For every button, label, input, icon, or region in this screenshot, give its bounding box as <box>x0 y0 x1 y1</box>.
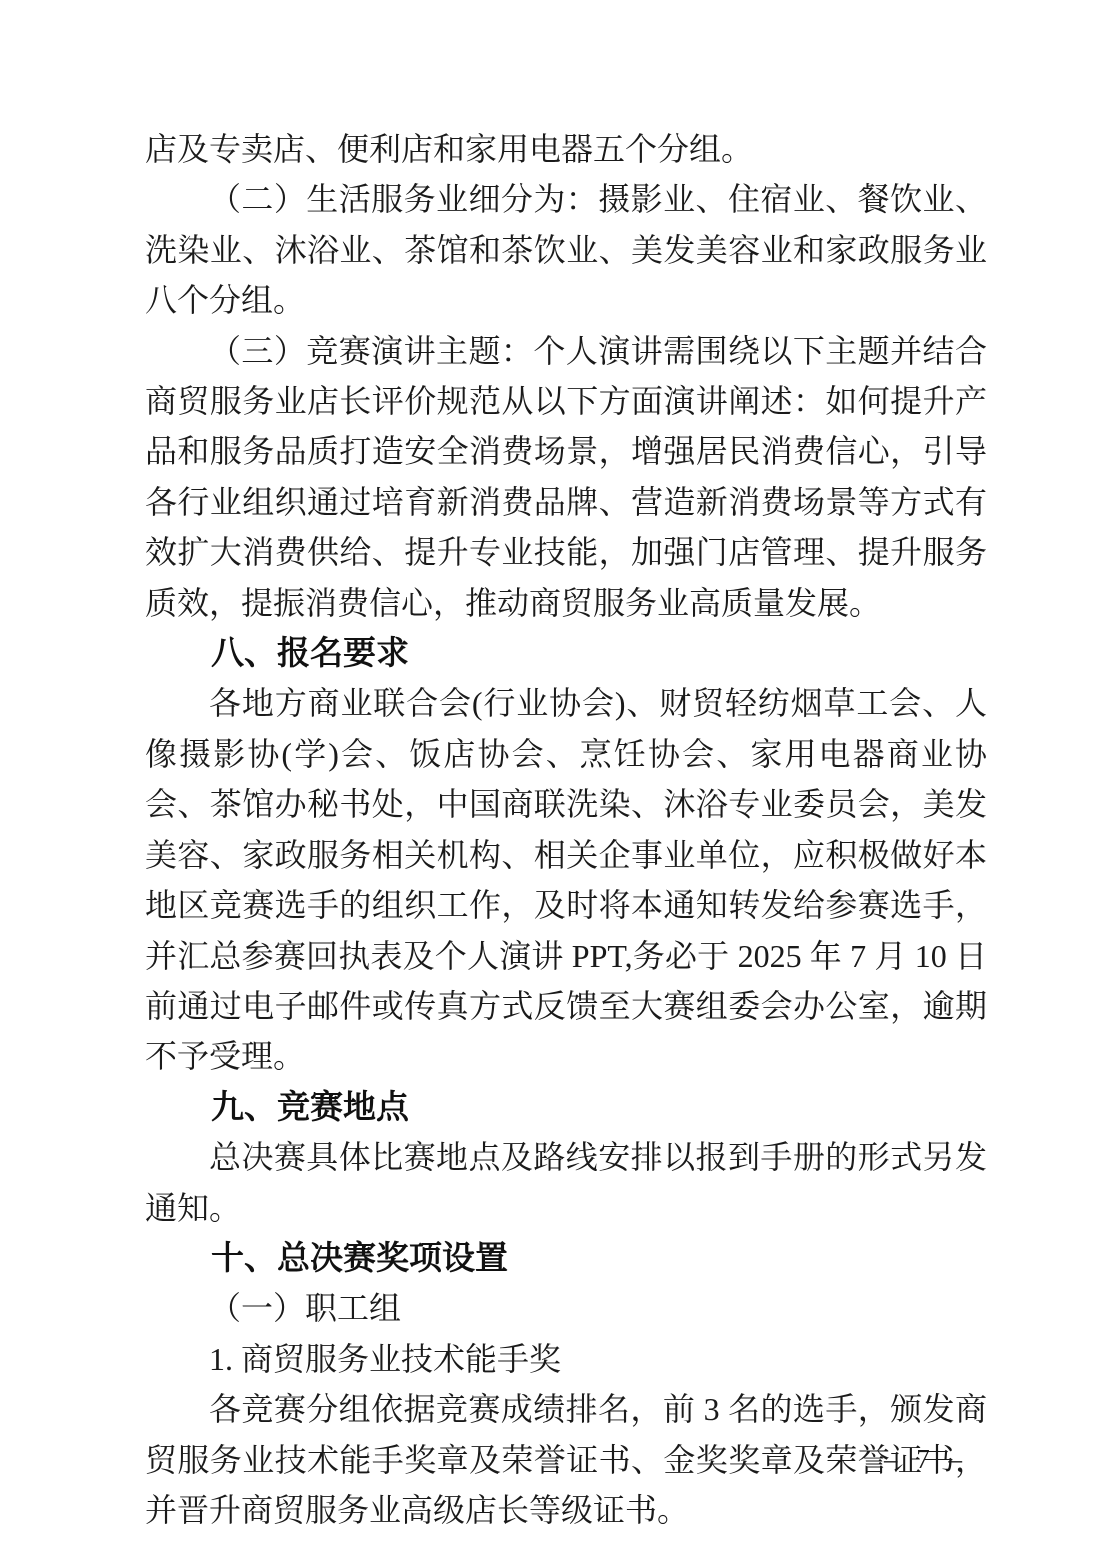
section-heading-8: 八、报名要求 <box>145 628 987 678</box>
document-body: 店及专卖店、便利店和家用电器五个分组。 （二）生活服务业细分为：摄影业、住宿业、… <box>145 124 987 1535</box>
document-page: 店及专卖店、便利店和家用电器五个分组。 （二）生活服务业细分为：摄影业、住宿业、… <box>0 0 1100 1556</box>
paragraph-item-3: （三）竞赛演讲主题：个人演讲需围绕以下主题并结合商贸服务业店长评价规范从以下方面… <box>145 326 987 628</box>
section-heading-10: 十、总决赛奖项设置 <box>145 1233 987 1283</box>
paragraph-section-8: 各地方商业联合会(行业协会)、财贸轻纺烟草工会、人像摄影协(学)会、饭店协会、烹… <box>145 678 987 1081</box>
paragraph-continuation: 店及专卖店、便利店和家用电器五个分组。 <box>145 124 987 174</box>
paragraph-group-1: （一）职工组 <box>145 1283 987 1333</box>
paragraph-award-1-body: 各竞赛分组依据竞赛成绩排名，前 3 名的选手，颁发商贸服务业技术能手奖章及荣誉证… <box>145 1384 987 1535</box>
paragraph-award-1-title: 1. 商贸服务业技术能手奖 <box>145 1334 987 1384</box>
paragraph-section-9: 总决赛具体比赛地点及路线安排以报到手册的形式另发通知。 <box>145 1132 987 1233</box>
section-heading-9: 九、竞赛地点 <box>145 1082 987 1132</box>
paragraph-item-2: （二）生活服务业细分为：摄影业、住宿业、餐饮业、洗染业、沐浴业、茶馆和茶饮业、美… <box>145 174 987 325</box>
page-number: – 7 – <box>884 1444 968 1475</box>
